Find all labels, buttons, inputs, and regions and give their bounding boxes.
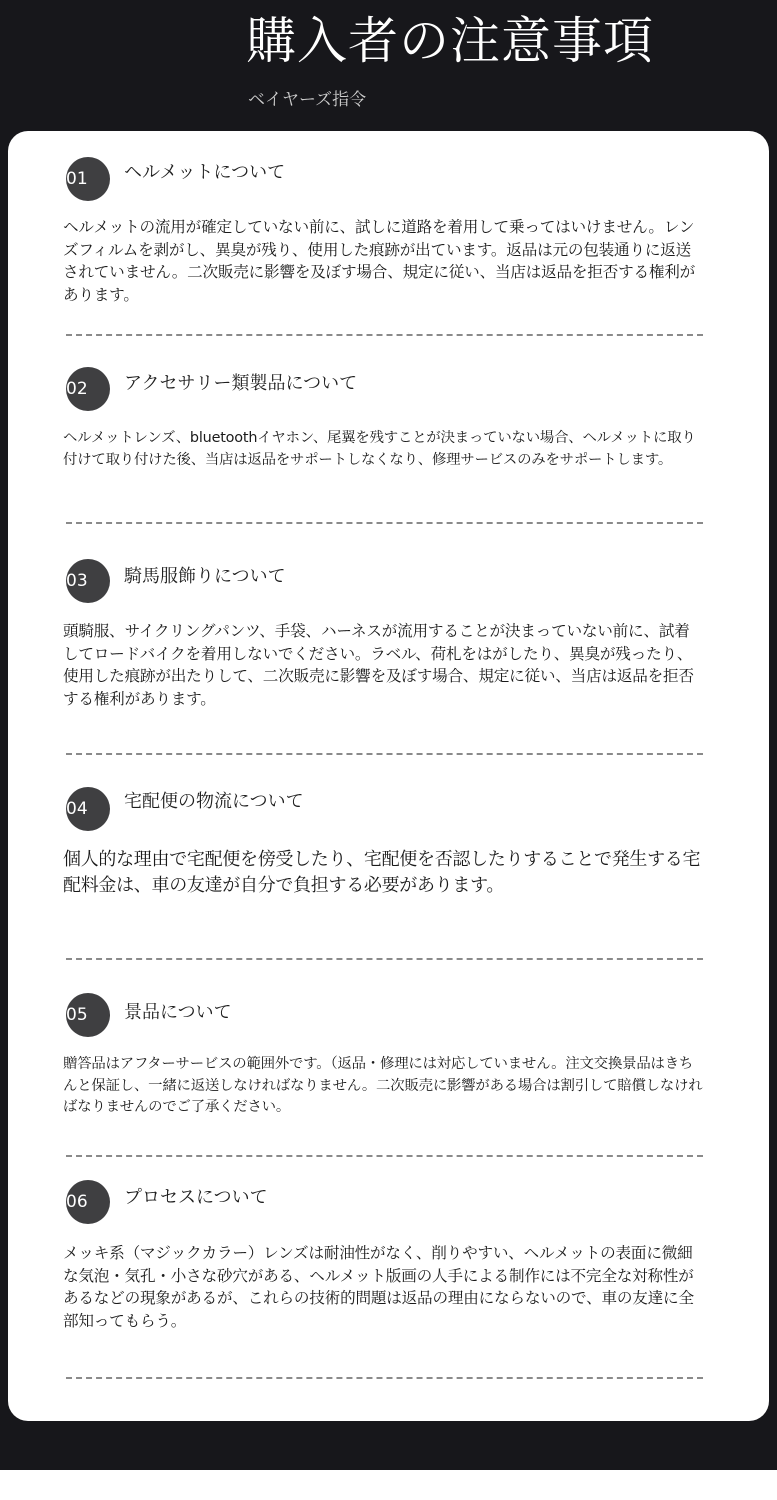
section-title: プロセスについて — [124, 1185, 268, 1211]
number-badge: 05 — [66, 993, 110, 1037]
number-badge-label: 03 — [66, 559, 88, 603]
section-title: 景品について — [124, 1000, 232, 1026]
section-body: 頭騎服、サイクリングパンツ、手袋、ハーネスが流用することが決まっていない前に、試… — [63, 620, 703, 710]
number-badge-label: 04 — [66, 787, 88, 831]
dashed-divider — [66, 1155, 703, 1157]
section-title: 騎馬服飾りについて — [124, 564, 286, 590]
number-badge-label: 01 — [66, 157, 88, 201]
dashed-divider — [66, 753, 703, 755]
number-badge-label: 06 — [66, 1180, 88, 1224]
number-badge: 01 — [66, 157, 110, 201]
number-badge: 04 — [66, 787, 110, 831]
notice-card: 01 ヘルメットについて ヘルメットの流用が確定していない前に、試しに道路を着用… — [8, 131, 769, 1421]
section-body: ヘルメットレンズ、bluetoothイヤホン、尾翼を残すことが決まっていない場合… — [63, 428, 703, 471]
page-subtitle: ベイヤーズ指令 — [248, 88, 366, 112]
section-body: ヘルメットの流用が確定していない前に、試しに道路を着用して乗ってはいけません。レ… — [63, 216, 703, 306]
section-title: ヘルメットについて — [124, 160, 285, 186]
dashed-divider — [66, 334, 703, 336]
section-body: 個人的な理由で宅配便を傍受したり、宅配便を否認したりすることで発生する宅配料金は… — [63, 847, 703, 899]
page-title: 購入者の注意事項 — [246, 8, 654, 74]
dashed-divider — [66, 522, 703, 524]
number-badge: 03 — [66, 559, 110, 603]
dashed-divider — [66, 1377, 703, 1379]
number-badge: 02 — [66, 367, 110, 411]
number-badge-label: 05 — [66, 993, 88, 1037]
section-body: 贈答品はアフターサービスの範囲外です。（返品・修理には対応していません。注文交換… — [63, 1054, 703, 1119]
dashed-divider — [66, 958, 703, 960]
number-badge: 06 — [66, 1180, 110, 1224]
section-title: 宅配便の物流について — [124, 789, 304, 815]
number-badge-label: 02 — [66, 367, 88, 411]
section-title: アクセサリー類製品について — [124, 371, 357, 397]
section-body: メッキ系（マジックカラー）レンズは耐油性がなく、削りやすい、ヘルメットの表面に微… — [63, 1242, 703, 1332]
